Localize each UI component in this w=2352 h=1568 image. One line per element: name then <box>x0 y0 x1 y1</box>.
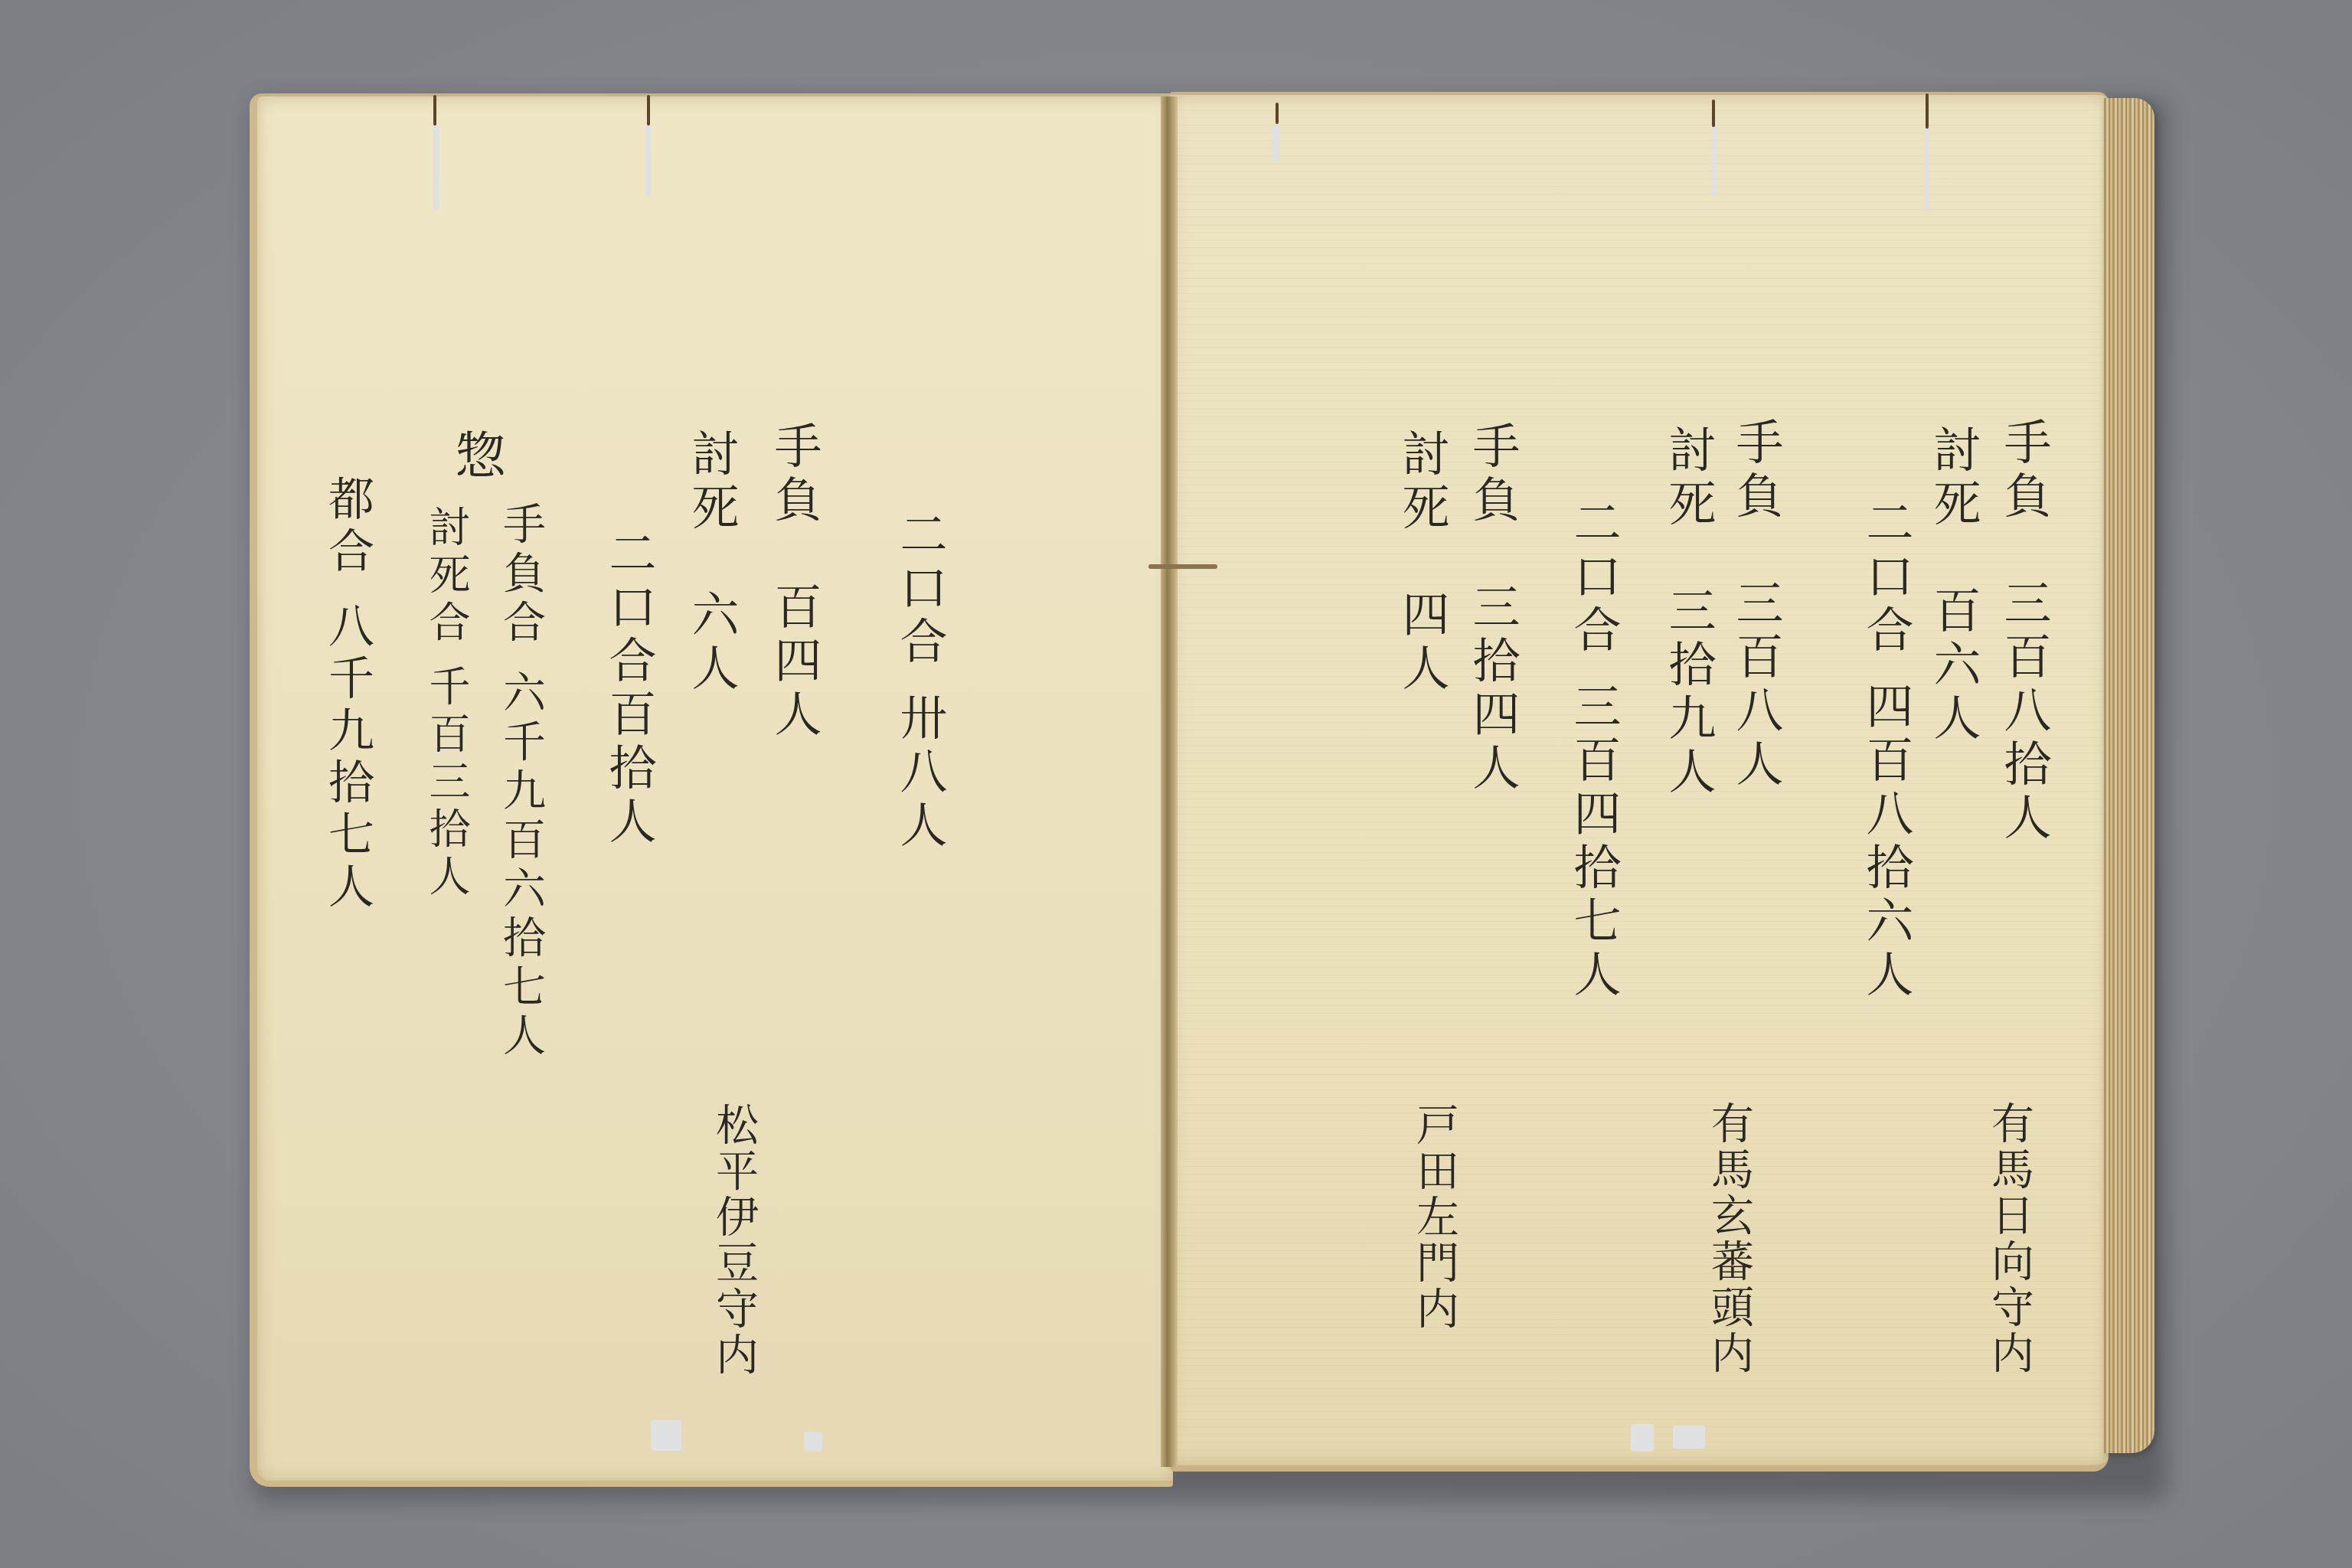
signature: 松平伊豆守内 <box>712 1102 755 1378</box>
page-crack <box>433 95 436 126</box>
total-label: 二口合 <box>1858 498 1914 658</box>
repaired-tear <box>651 1420 681 1451</box>
page-crack <box>1276 103 1279 124</box>
page-crack <box>1712 100 1715 127</box>
wounded-label: 手負 <box>1465 421 1521 528</box>
text-column: 二口合百拾人 <box>605 528 652 850</box>
total-value: 百拾人 <box>601 689 657 850</box>
killed-value: 六人 <box>684 590 740 697</box>
right-page <box>1170 92 2109 1472</box>
wounded-total-value: 六千九百六拾七人 <box>496 670 546 1062</box>
text-column: 討死百六人 <box>1929 425 1977 746</box>
wounded-value: 三拾四人 <box>1465 582 1521 796</box>
repaired-tear <box>1631 1424 1654 1452</box>
text-column: 二口合卅八人 <box>896 509 943 854</box>
grand-total-label: 都合 <box>321 475 374 579</box>
text-column: 二口合三百四拾七人 <box>1570 498 1617 1003</box>
binding-thread <box>1148 564 1217 569</box>
killed-total-value: 千百三拾人 <box>423 665 471 902</box>
wounded-total-label: 手負合 <box>496 501 546 648</box>
signature: 戸田左門内 <box>1413 1102 1455 1332</box>
repaired-tear <box>433 126 439 210</box>
repaired-tear <box>1712 127 1717 198</box>
page-crack <box>647 95 650 126</box>
repaired-tear <box>645 126 652 196</box>
killed-label: 討死 <box>1394 429 1450 536</box>
wounded-label: 手負 <box>1996 417 2052 524</box>
killed-label: 討死 <box>684 429 740 536</box>
total-value: 四百八拾六人 <box>1858 681 1914 1003</box>
text-column: 討死三拾九人 <box>1664 425 1712 800</box>
total-label: 二口合 <box>601 528 657 689</box>
text-column: 都合八千九拾七人 <box>325 475 371 914</box>
grand-total-value: 八千九拾七人 <box>321 602 374 914</box>
page-crack <box>1926 93 1929 129</box>
summary-heading: 惣 <box>450 429 501 485</box>
repaired-tear <box>1673 1426 1705 1449</box>
signature: 有馬玄蕃頭内 <box>1707 1101 1750 1377</box>
killed-value: 四人 <box>1394 590 1450 697</box>
text-column: 手負三百八人 <box>1732 417 1779 792</box>
wounded-label: 手負 <box>1728 417 1784 524</box>
total-value: 卅八人 <box>892 693 948 854</box>
wounded-label: 手負 <box>766 421 822 528</box>
fore-edge-page-stack <box>2104 98 2154 1453</box>
killed-value: 三拾九人 <box>1661 586 1717 800</box>
text-column: 手負三拾四人 <box>1468 421 1516 796</box>
killed-label: 討死 <box>1661 425 1717 532</box>
text-column: 討死六人 <box>688 429 735 697</box>
repaired-tear <box>1925 129 1929 210</box>
killed-label: 討死 <box>1926 425 1981 532</box>
wounded-value: 百四人 <box>766 582 822 743</box>
total-label: 二口合 <box>892 509 948 670</box>
wounded-value: 三百八拾人 <box>1996 578 2052 846</box>
text-column: 手負三百八拾人 <box>2000 417 2047 846</box>
text-column: 二口合四百八拾六人 <box>1862 498 1909 1003</box>
binding-gutter <box>1161 96 1178 1467</box>
text-column: 手負百四人 <box>770 421 818 743</box>
text-column: 討死合千百三拾人 <box>426 505 467 902</box>
total-value: 三百四拾七人 <box>1566 681 1622 1003</box>
killed-total-label: 討死合 <box>423 505 471 648</box>
signature: 有馬日向守内 <box>1988 1101 2030 1377</box>
text-column: 討死四人 <box>1398 429 1445 697</box>
repaired-tear <box>804 1432 822 1452</box>
wounded-value: 三百八人 <box>1728 578 1784 792</box>
open-book: 手負三百八拾人 討死百六人 二口合四百八拾六人 有馬日向守内 手負三百八人 討死… <box>0 0 2352 1568</box>
killed-value: 百六人 <box>1926 586 1981 746</box>
text-column: 手負合六千九百六拾七人 <box>499 501 542 1062</box>
total-label: 二口合 <box>1566 498 1622 658</box>
repaired-tear <box>1272 124 1279 161</box>
